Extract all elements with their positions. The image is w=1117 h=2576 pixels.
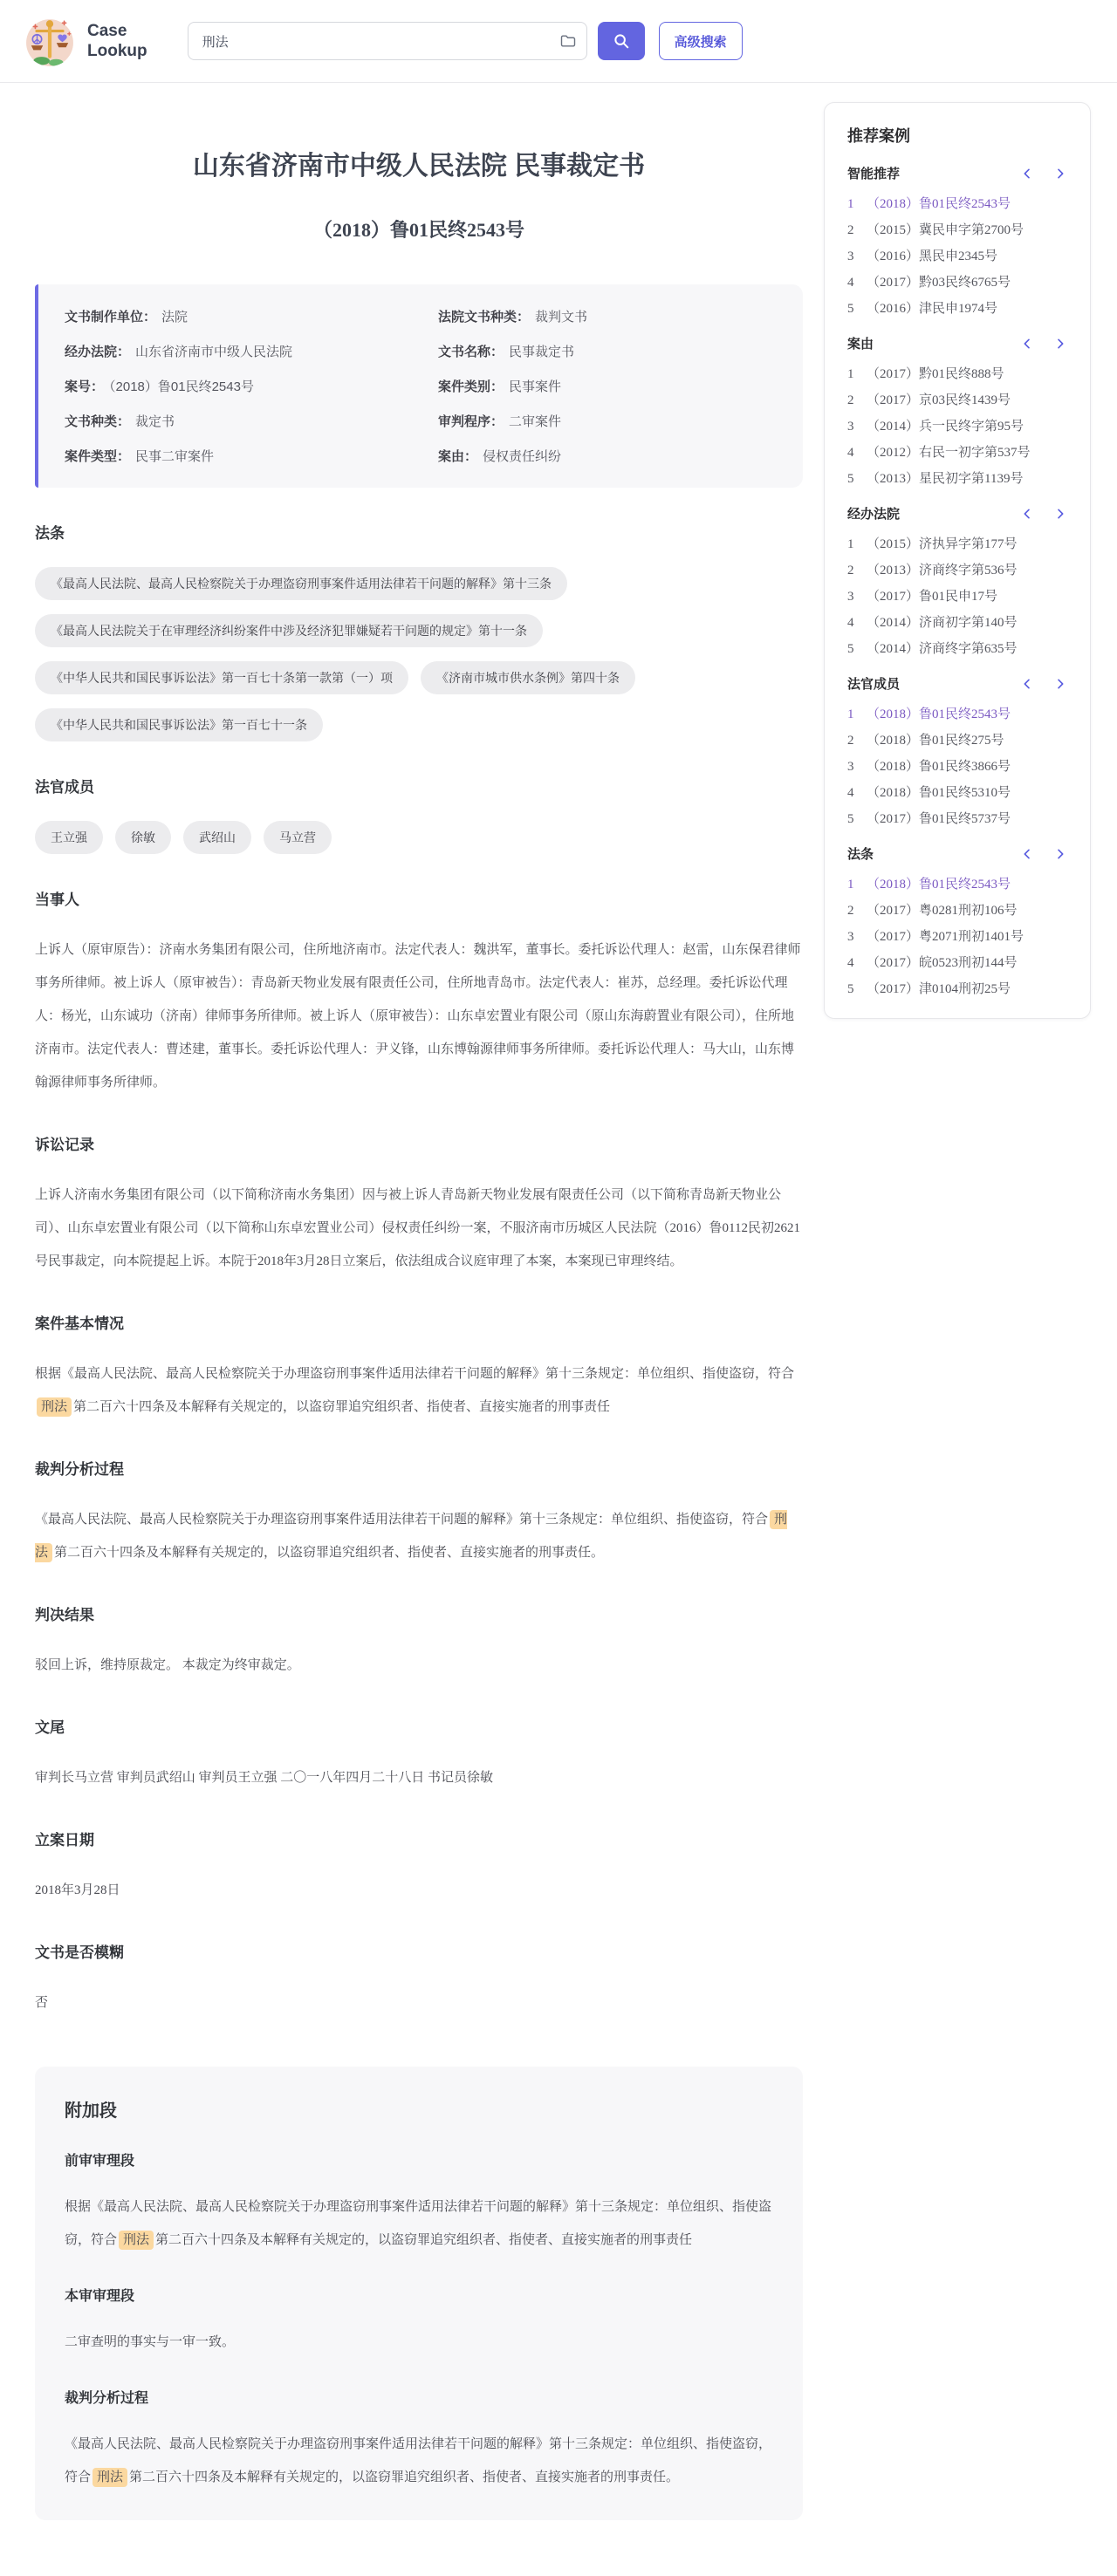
case-link[interactable]: 5（2014）济商终字第635号 — [847, 636, 1067, 662]
case-link[interactable]: 2（2017）粤0281刑初106号 — [847, 898, 1067, 924]
case-link[interactable]: 5（2017）津0104刑初25号 — [847, 976, 1067, 1002]
appendix-pre-trial-paragraph: 根据《最高人民法院、最高人民检察院关于办理盗窃刑事案件适用法律若干问题的解释》第… — [65, 2190, 773, 2257]
case-link[interactable]: 3（2018）鲁01民终3866号 — [847, 754, 1067, 780]
law-article-tags: 《最高人民法院、最高人民检察院关于办理盗窃刑事案件适用法律若干问题的解释》第十三… — [35, 567, 803, 741]
section-heading-parties: 当事人 — [35, 887, 803, 909]
sidebar-section-cause: 案由 1（2017）黔01民终888号 2（2017）京03民终1439号 3（… — [847, 334, 1067, 492]
section-heading: 智能推荐 — [847, 164, 900, 182]
sidebar-section-judges: 法官成员 1（2018）鲁01民终2543号 2（2018）鲁01民终275号 … — [847, 674, 1067, 832]
section-heading-law-articles: 法条 — [35, 521, 803, 543]
section-heading-analysis: 裁判分析过程 — [35, 1457, 803, 1479]
app-header: Case Lookup 高级搜索 — [0, 0, 1117, 83]
info-field: 文书名称：民事裁定书 — [438, 342, 777, 360]
blurry-value: 否 — [35, 1986, 803, 2019]
recommendations-sidebar: 推荐案例 智能推荐 1（2018）鲁01民终2543号 2（2015）冀民申字第… — [824, 102, 1091, 1019]
info-field: 案由：侵权责任纠纷 — [438, 447, 777, 465]
section-heading-filing-date: 立案日期 — [35, 1828, 803, 1849]
info-field: 法院文书种类：裁判文书 — [438, 307, 777, 325]
highlight-keyword: 刑法 — [119, 2231, 154, 2250]
highlight-keyword: 刑法 — [93, 2468, 127, 2487]
case-number: （2018）鲁01民终2543号 — [35, 215, 803, 243]
law-article-tag[interactable]: 《最高人民法院关于在审理经济纠纷案件中涉及经济犯罪嫌疑若干问题的规定》第十一条 — [35, 614, 543, 647]
chevron-right-icon[interactable] — [1053, 507, 1067, 521]
brand-name: Case Lookup — [87, 21, 147, 61]
chevron-right-icon[interactable] — [1053, 337, 1067, 351]
appendix-heading-analysis: 裁判分析过程 — [65, 2387, 773, 2407]
info-field: 案件类别：民事案件 — [438, 377, 777, 395]
case-link[interactable]: 4（2017）皖0523刑初144号 — [847, 950, 1067, 976]
case-link[interactable]: 2（2013）济商终字第536号 — [847, 557, 1067, 584]
search-button[interactable] — [598, 22, 645, 60]
chevron-right-icon[interactable] — [1053, 167, 1067, 181]
law-article-tag[interactable]: 《中华人民共和国民事诉讼法》第一百七十条第一款第（一）项 — [35, 661, 408, 694]
section-heading-basic-info: 案件基本情况 — [35, 1311, 803, 1333]
law-article-tag[interactable]: 《最高人民法院、最高人民检察院关于办理盗窃刑事案件适用法律若干问题的解释》第十三… — [35, 567, 567, 600]
search-icon — [613, 32, 630, 50]
highlight-keyword: 刑法 — [37, 1397, 72, 1417]
info-field: 案号：（2018）鲁01民终2543号 — [65, 377, 403, 395]
brand-line-1: Case — [87, 21, 147, 41]
judge-tag[interactable]: 王立强 — [35, 821, 103, 854]
section-heading: 法官成员 — [847, 674, 900, 693]
section-heading-judges: 法官成员 — [35, 775, 803, 796]
case-link[interactable]: 2（2015）冀民申字第2700号 — [847, 217, 1067, 243]
case-link[interactable]: 1（2018）鲁01民终2543号 — [847, 191, 1067, 217]
case-link[interactable]: 5（2016）津民申1974号 — [847, 296, 1067, 322]
folder-icon[interactable] — [559, 32, 577, 50]
law-article-tag[interactable]: 《济南市城市供水条例》第四十条 — [421, 661, 635, 694]
section-heading: 法条 — [847, 844, 874, 863]
appendix-current-trial-paragraph: 二审查明的事实与一审一致。 — [65, 2326, 773, 2359]
case-link[interactable]: 5（2013）星民初字第1139号 — [847, 466, 1067, 492]
case-link[interactable]: 3（2017）粤2071刑初1401号 — [847, 924, 1067, 950]
appendix-heading-current-trial: 本审审理段 — [65, 2285, 773, 2305]
case-link[interactable]: 4（2018）鲁01民终5310号 — [847, 780, 1067, 806]
case-link[interactable]: 4（2017）黔03民终6765号 — [847, 270, 1067, 296]
case-link[interactable]: 1（2018）鲁01民终2543号 — [847, 701, 1067, 728]
result-paragraph: 驳回上诉，维持原裁定。 本裁定为终审裁定。 — [35, 1649, 803, 1682]
case-link[interactable]: 3（2017）鲁01民申17号 — [847, 584, 1067, 610]
search-input[interactable] — [188, 22, 587, 60]
appendix-heading-pre-trial: 前审审理段 — [65, 2149, 773, 2169]
sidebar-title: 推荐案例 — [847, 124, 1067, 147]
document-info-box: 文书制作单位：法院 法院文书种类：裁判文书 经办法院：山东省济南市中级人民法院 … — [35, 284, 803, 488]
info-field: 文书种类：裁定书 — [65, 412, 403, 430]
parties-paragraph: 上诉人（原审原告）：济南水务集团有限公司，住所地济南市。法定代表人：魏洪军，董事… — [35, 933, 803, 1099]
case-link[interactable]: 2（2018）鲁01民终275号 — [847, 728, 1067, 754]
appendix-analysis-paragraph: 《最高人民法院、最高人民检察院关于办理盗窃刑事案件适用法律若干问题的解释》第十三… — [65, 2428, 773, 2494]
case-link[interactable]: 4（2014）济商初字第140号 — [847, 610, 1067, 636]
recommendations-card: 推荐案例 智能推荐 1（2018）鲁01民终2543号 2（2015）冀民申字第… — [824, 102, 1091, 1019]
judge-tag[interactable]: 徐敏 — [115, 821, 171, 854]
judge-tags: 王立强 徐敏 武绍山 马立营 — [35, 821, 803, 854]
case-link[interactable]: 3（2014）兵一民终字第95号 — [847, 413, 1067, 440]
section-heading-ending: 文尾 — [35, 1715, 803, 1737]
law-article-tag[interactable]: 《中华人民共和国民事诉讼法》第一百七十一条 — [35, 708, 323, 741]
brand-line-2: Lookup — [87, 41, 147, 61]
sidebar-section-law-articles: 法条 1（2018）鲁01民终2543号 2（2017）粤0281刑初106号 … — [847, 844, 1067, 1002]
chevron-left-icon[interactable] — [1020, 507, 1034, 521]
info-field: 文书制作单位：法院 — [65, 307, 403, 325]
case-link[interactable]: 3（2016）黑民申2345号 — [847, 243, 1067, 270]
basic-info-paragraph: 根据《最高人民法院、最高人民检察院关于办理盗窃刑事案件适用法律若干问题的解释》第… — [35, 1357, 803, 1424]
chevron-left-icon[interactable] — [1020, 847, 1034, 861]
section-heading: 经办法院 — [847, 504, 900, 523]
search-bar — [188, 22, 587, 60]
info-field: 案件类型：民事二审案件 — [65, 447, 403, 465]
appendix-box: 附加段 前审审理段 根据《最高人民法院、最高人民检察院关于办理盗窃刑事案件适用法… — [35, 2067, 803, 2520]
sidebar-section-smart: 智能推荐 1（2018）鲁01民终2543号 2（2015）冀民申字第2700号… — [847, 164, 1067, 322]
chevron-right-icon[interactable] — [1053, 847, 1067, 861]
litigation-record-paragraph: 上诉人济南水务集团有限公司（以下简称济南水务集团）因与被上诉人青岛新天物业发展有… — [35, 1179, 803, 1278]
chevron-right-icon[interactable] — [1053, 677, 1067, 691]
ending-paragraph: 审判长马立营 审判员武绍山 审判员王立强 二〇一八年四月二十八日 书记员徐敏 — [35, 1761, 803, 1794]
chevron-left-icon[interactable] — [1020, 167, 1034, 181]
advanced-search-button[interactable]: 高级搜索 — [659, 22, 743, 60]
scales-of-justice-icon — [24, 16, 75, 66]
case-link[interactable]: 1（2017）黔01民终888号 — [847, 361, 1067, 387]
analysis-paragraph: 《最高人民法院、最高人民检察院关于办理盗窃刑事案件适用法律若干问题的解释》第十三… — [35, 1503, 803, 1569]
case-link[interactable]: 2（2017）京03民终1439号 — [847, 387, 1067, 413]
chevron-left-icon[interactable] — [1020, 677, 1034, 691]
case-link[interactable]: 1（2018）鲁01民终2543号 — [847, 871, 1067, 898]
section-heading-result: 判决结果 — [35, 1602, 803, 1624]
case-link[interactable]: 4（2012）右民一初字第537号 — [847, 440, 1067, 466]
section-heading: 案由 — [847, 334, 874, 352]
section-heading-litigation-record: 诉讼记录 — [35, 1132, 803, 1154]
info-field: 审判程序：二审案件 — [438, 412, 777, 430]
page-title: 山东省济南市中级人民法院 民事裁定书 — [35, 144, 803, 182]
appendix-title: 附加段 — [65, 2096, 773, 2122]
document-main: 山东省济南市中级人民法院 民事裁定书 （2018）鲁01民终2543号 文书制作… — [35, 83, 803, 2520]
filing-date-value: 2018年3月28日 — [35, 1874, 803, 1907]
info-field: 经办法院：山东省济南市中级人民法院 — [65, 342, 403, 360]
section-heading-blurry: 文书是否模糊 — [35, 1940, 803, 1962]
case-link[interactable]: 1（2015）济执异字第177号 — [847, 531, 1067, 557]
judge-tag[interactable]: 马立营 — [264, 821, 332, 854]
case-link[interactable]: 5（2017）鲁01民终5737号 — [847, 806, 1067, 832]
sidebar-section-court: 经办法院 1（2015）济执异字第177号 2（2013）济商终字第536号 3… — [847, 504, 1067, 662]
judge-tag[interactable]: 武绍山 — [183, 821, 251, 854]
chevron-left-icon[interactable] — [1020, 337, 1034, 351]
app-logo — [24, 16, 75, 66]
